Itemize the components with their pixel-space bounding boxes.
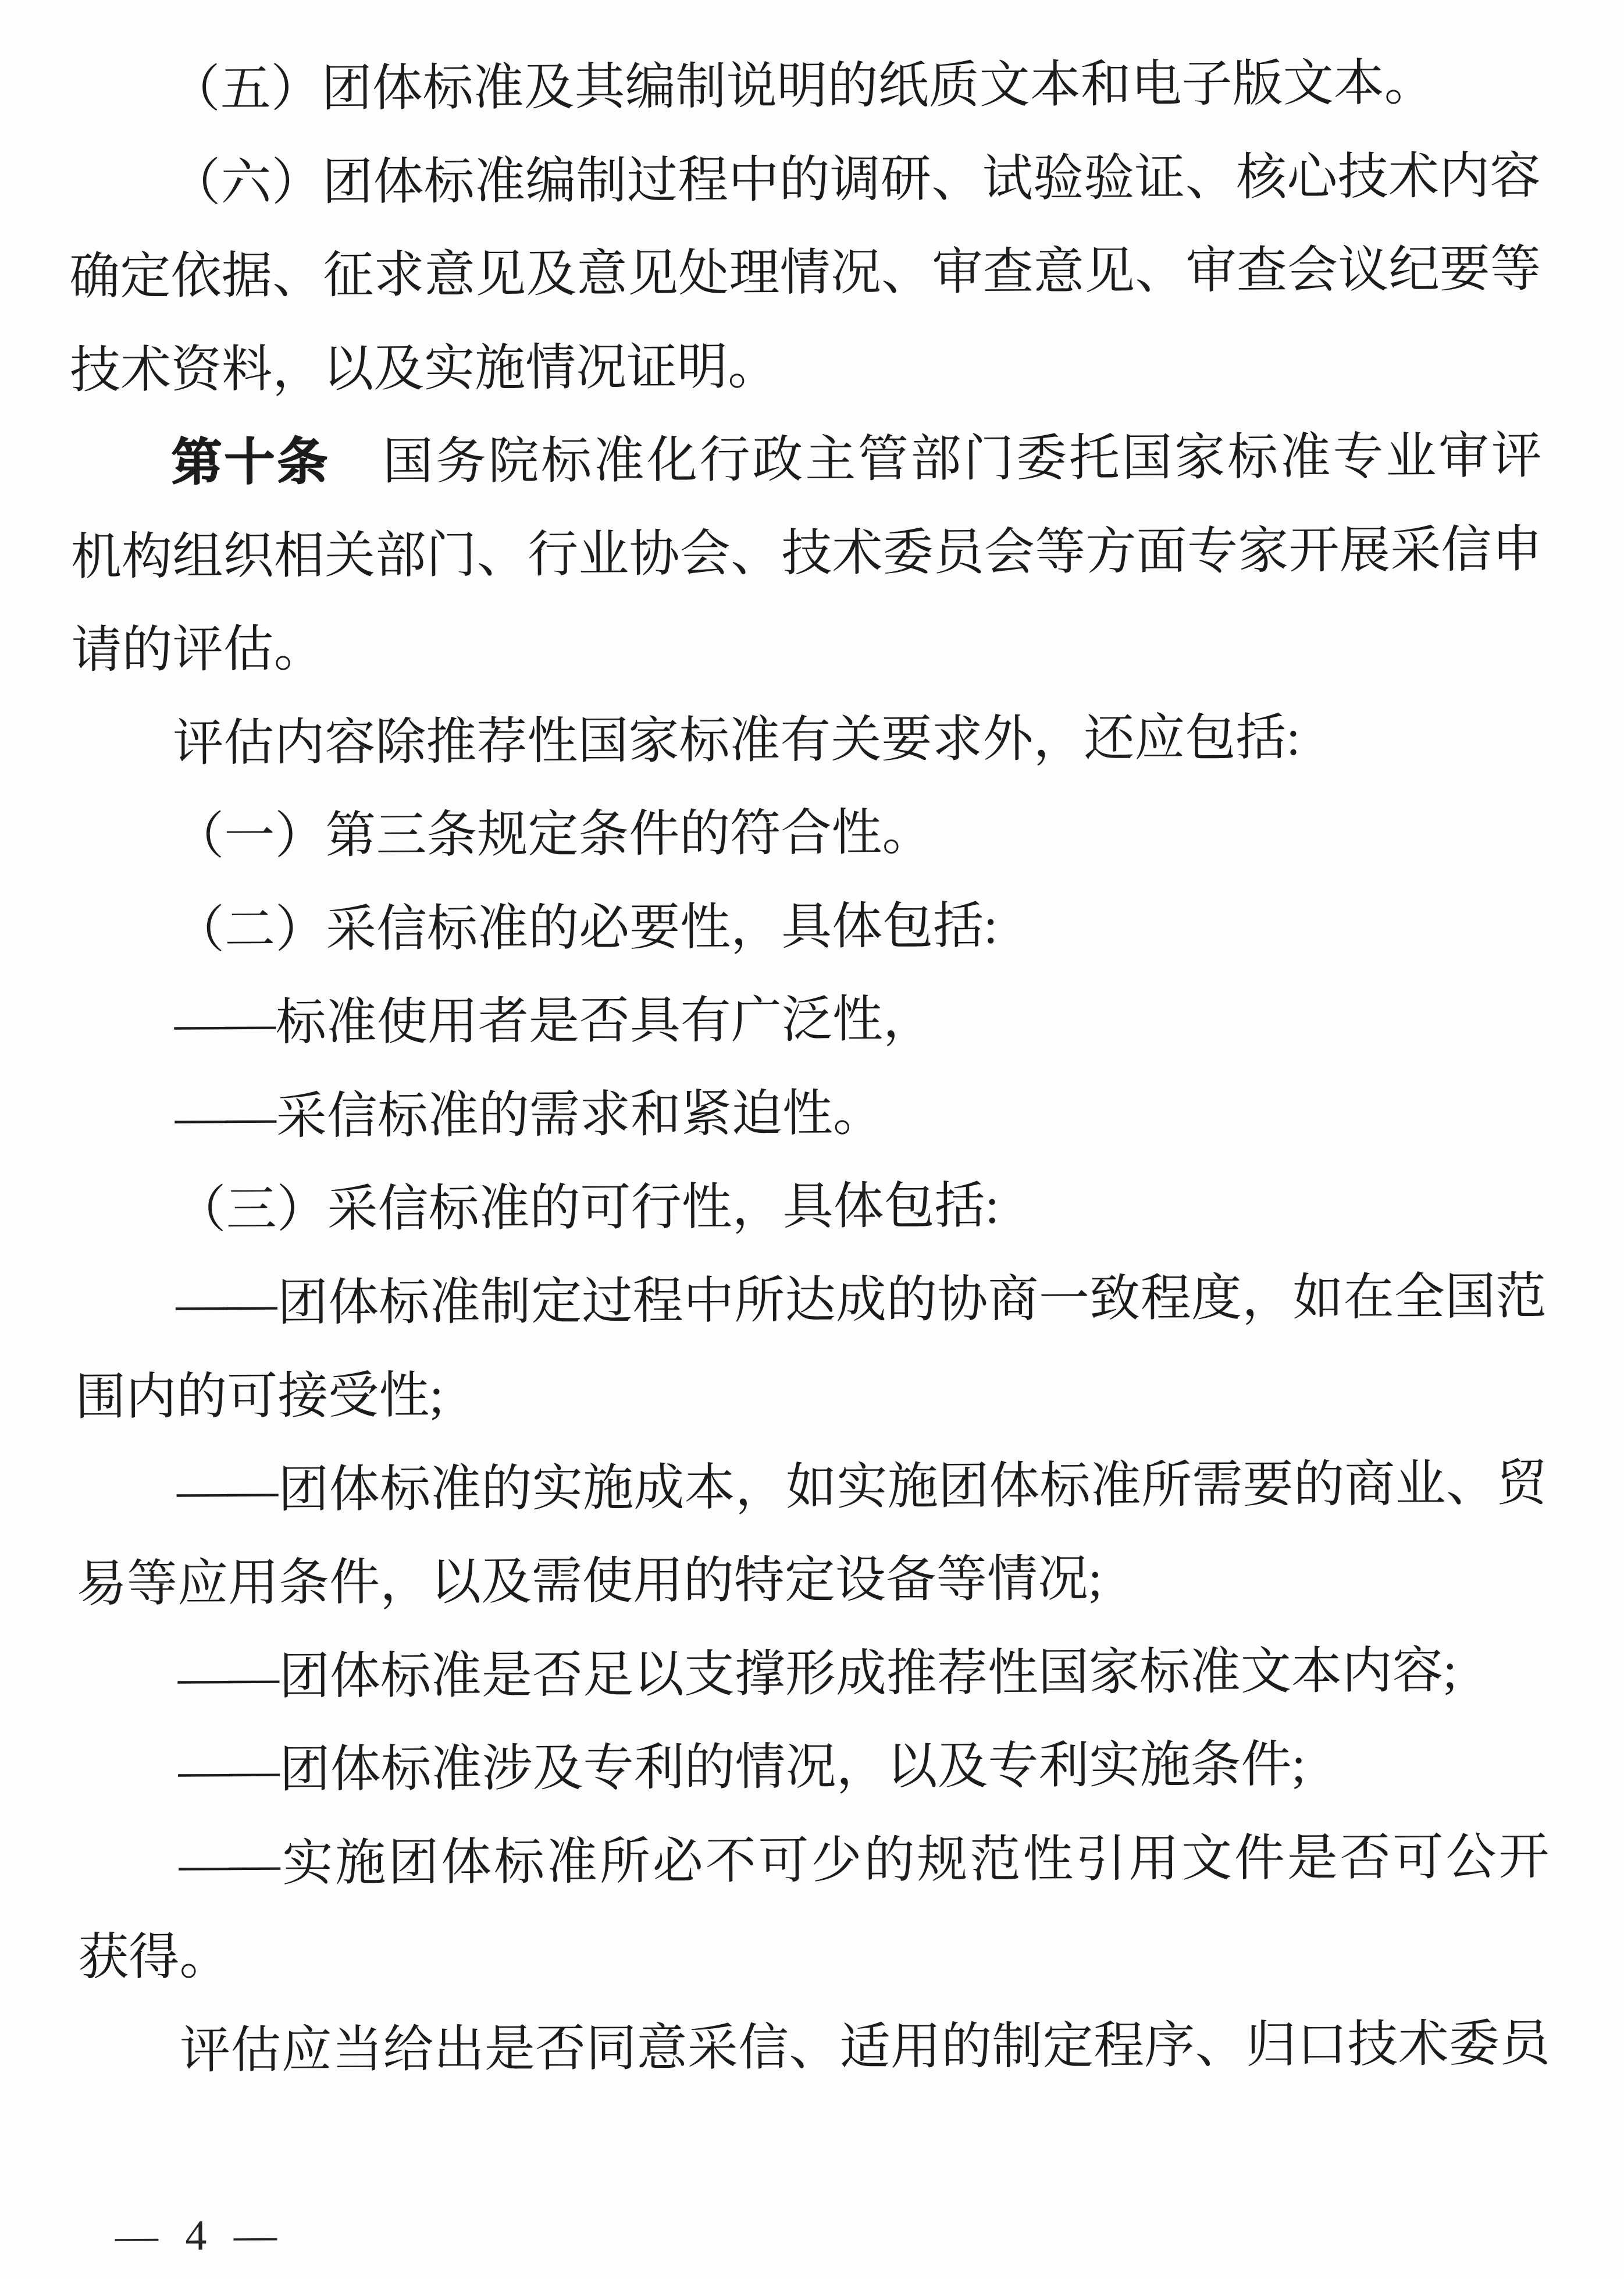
dash-item-consensus-line-1: ——团体标准制定过程中所达成的协商一致程度，如在全国范 <box>74 1250 1547 1351</box>
page-footer: — 4 — <box>115 2203 286 2269</box>
item-3-line: （三）采信标准的可行性，具体包括: <box>74 1156 1546 1257</box>
dash-item-references-line-1: ——实施团体标准所必不可少的规范性引用文件是否可公开 <box>77 1810 1550 1911</box>
dash-item-patent-line: ——团体标准涉及专利的情况，以及专利实施条件; <box>77 1716 1549 1818</box>
closing-paragraph-line: 评估应当给出是否同意采信、适用的制定程序、归口技术委员 <box>79 1997 1551 2098</box>
article-10-line-3: 请的评估。 <box>71 596 1543 697</box>
document-body: （五）团体标准及其编制说明的纸质文本和电子版文本。 （六）团体标准编制过程中的调… <box>68 35 1550 2097</box>
dash-item-references-line-2: 获得。 <box>78 1903 1550 2004</box>
evaluation-intro-line: 评估内容除推荐性国家标准有关要求外，还应包括: <box>72 689 1544 791</box>
article-10-line-1: 第十条 国务院标准化行政主管部门委托国家标准专业审评 <box>70 409 1542 510</box>
item-5-line: （五）团体标准及其编制说明的纸质文本和电子版文本。 <box>68 35 1540 137</box>
page-number: — 4 — <box>115 2212 285 2260</box>
item-2-line: （二）采信标准的必要性，具体包括: <box>73 876 1545 977</box>
scanned-document-page: （五）团体标准及其编制说明的纸质文本和电子版文本。 （六）团体标准编制过程中的调… <box>0 0 1624 2279</box>
article-10-opening-text: 国务院标准化行政主管部门委托国家标准专业审评 <box>330 427 1542 490</box>
dash-item-consensus-line-2: 围内的可接受性; <box>75 1343 1547 1444</box>
item-6-line-2: 确定依据、征求意见及意见处理情况、审查意见、审查会议纪要等 <box>69 222 1541 323</box>
item-1-line: （一）第三条规定条件的符合性。 <box>72 783 1544 884</box>
item-6-line-1: （六）团体标准编制过程中的调研、试验验证、核心技术内容 <box>69 129 1541 230</box>
article-10-number: 第十条 <box>172 433 330 490</box>
dash-item-support-line: ——团体标准是否足以支撑形成推荐性国家标准文本内容; <box>76 1623 1548 1725</box>
article-10-line-2: 机构组织相关部门、行业协会、技术委员会等方面专家开展采信申 <box>70 503 1543 604</box>
item-6-line-3: 技术资料，以及实施情况证明。 <box>70 316 1542 417</box>
dash-item-urgency-line: ——采信标准的需求和紧迫性。 <box>73 1063 1545 1164</box>
dash-item-cost-line-1: ——团体标准的实施成本，如实施团体标准所需要的商业、贸 <box>76 1437 1548 1538</box>
dash-item-cost-line-2: 易等应用条件，以及需使用的特定设备等情况; <box>76 1530 1548 1631</box>
dash-item-breadth-line: ——标准使用者是否具有广泛性， <box>73 969 1545 1071</box>
